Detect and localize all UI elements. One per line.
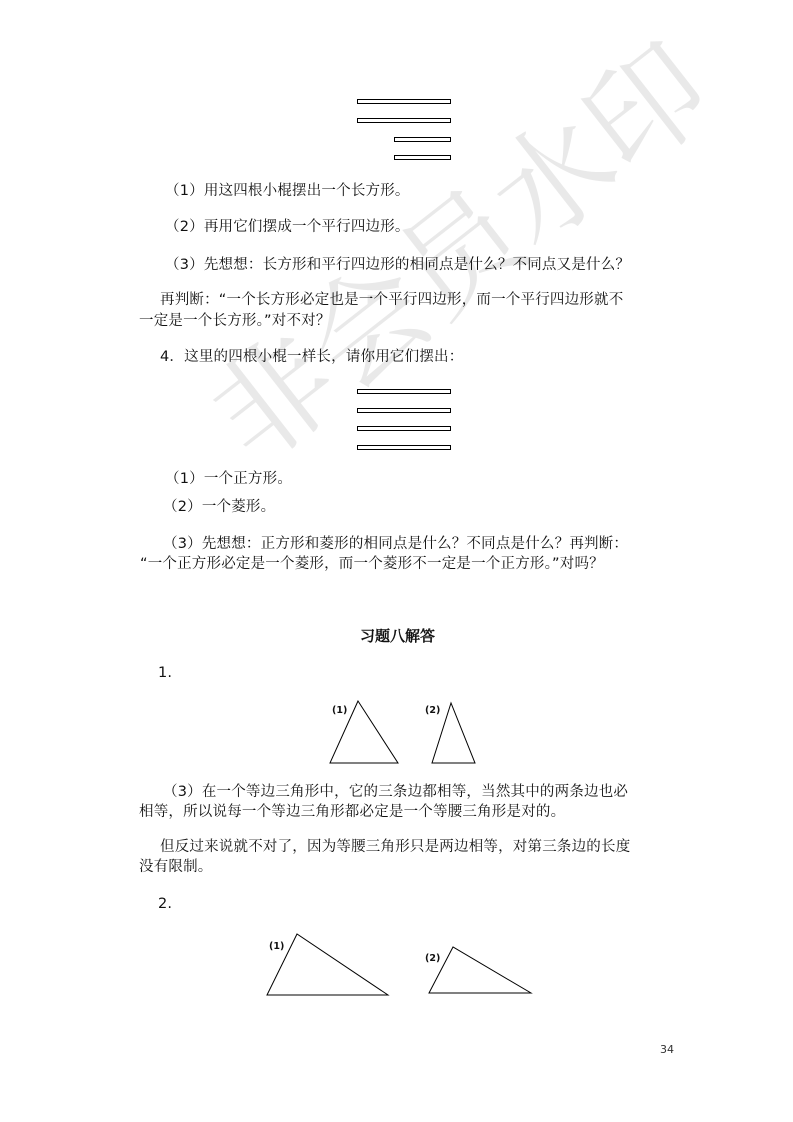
judge-line-1: 再判断：“一个长方形必定也是一个平行四边形，而一个平行四边形就不: [160, 291, 623, 309]
document-page: 非会员水印 （1）用这四根小棍摆出一个长方形。 （2）再用它们摆成一个平行四边形…: [0, 0, 793, 1122]
answer-1-para-1-line-2: 相等，所以说每一个等边三角形都必定是一个等腰三角形是对的。: [139, 803, 565, 821]
answer-2-triangles: [250, 920, 550, 1010]
answer-1-para-2-line-2: 没有限制。: [139, 858, 213, 876]
question-4-3-line-1: （3）先想想：正方形和菱形的相同点是什么？不同点是什么？再判断：: [163, 535, 628, 553]
question-3-2: （2）再用它们摆成一个平行四边形。: [165, 218, 410, 236]
question-4-3-line-2: “一个正方形必定是一个菱形，而一个菱形不一定是一个正方形。”对吗？: [140, 555, 604, 573]
stick-equal-2: [357, 408, 451, 413]
stick-short-1: [394, 137, 451, 142]
stick-long-1: [357, 99, 451, 104]
stick-equal-4: [357, 445, 451, 450]
answers-title: 习题八解答: [360, 625, 435, 646]
answer-1-para-1-line-1: （3）在一个等边三角形中，它的三条边都相等，当然其中的两条边也必: [163, 783, 628, 801]
question-3-3: （3）先想想：长方形和平行四边形的相同点是什么？不同点又是什么？: [165, 256, 630, 274]
answer-1-number: 1.: [158, 664, 172, 682]
question-4-1: （1）一个正方形。: [165, 470, 292, 488]
answer-2-number: 2.: [158, 895, 172, 913]
stick-short-2: [394, 155, 451, 160]
question-4-prompt: 4．这里的四根小棍一样长，请你用它们摆出：: [160, 348, 463, 366]
stick-long-2: [357, 118, 451, 123]
stick-equal-3: [357, 426, 451, 431]
figure-label: (2): [425, 953, 440, 964]
question-3-1: （1）用这四根小棍摆出一个长方形。: [165, 182, 410, 200]
figure-label: (2): [425, 705, 440, 716]
watermark: 非会员水印: [170, 0, 740, 494]
stick-equal-1: [357, 389, 451, 394]
judge-line-2: 一定是一个长方形。”对不对？: [139, 312, 331, 330]
page-number: 34: [660, 1043, 674, 1056]
question-4-2: （2）一个菱形。: [163, 498, 275, 516]
figure-label: (1): [332, 705, 347, 716]
answer-1-para-2-line-1: 但反过来说就不对了，因为等腰三角形只是两边相等，对第三条边的长度: [160, 838, 630, 856]
figure-label: (1): [269, 941, 284, 952]
